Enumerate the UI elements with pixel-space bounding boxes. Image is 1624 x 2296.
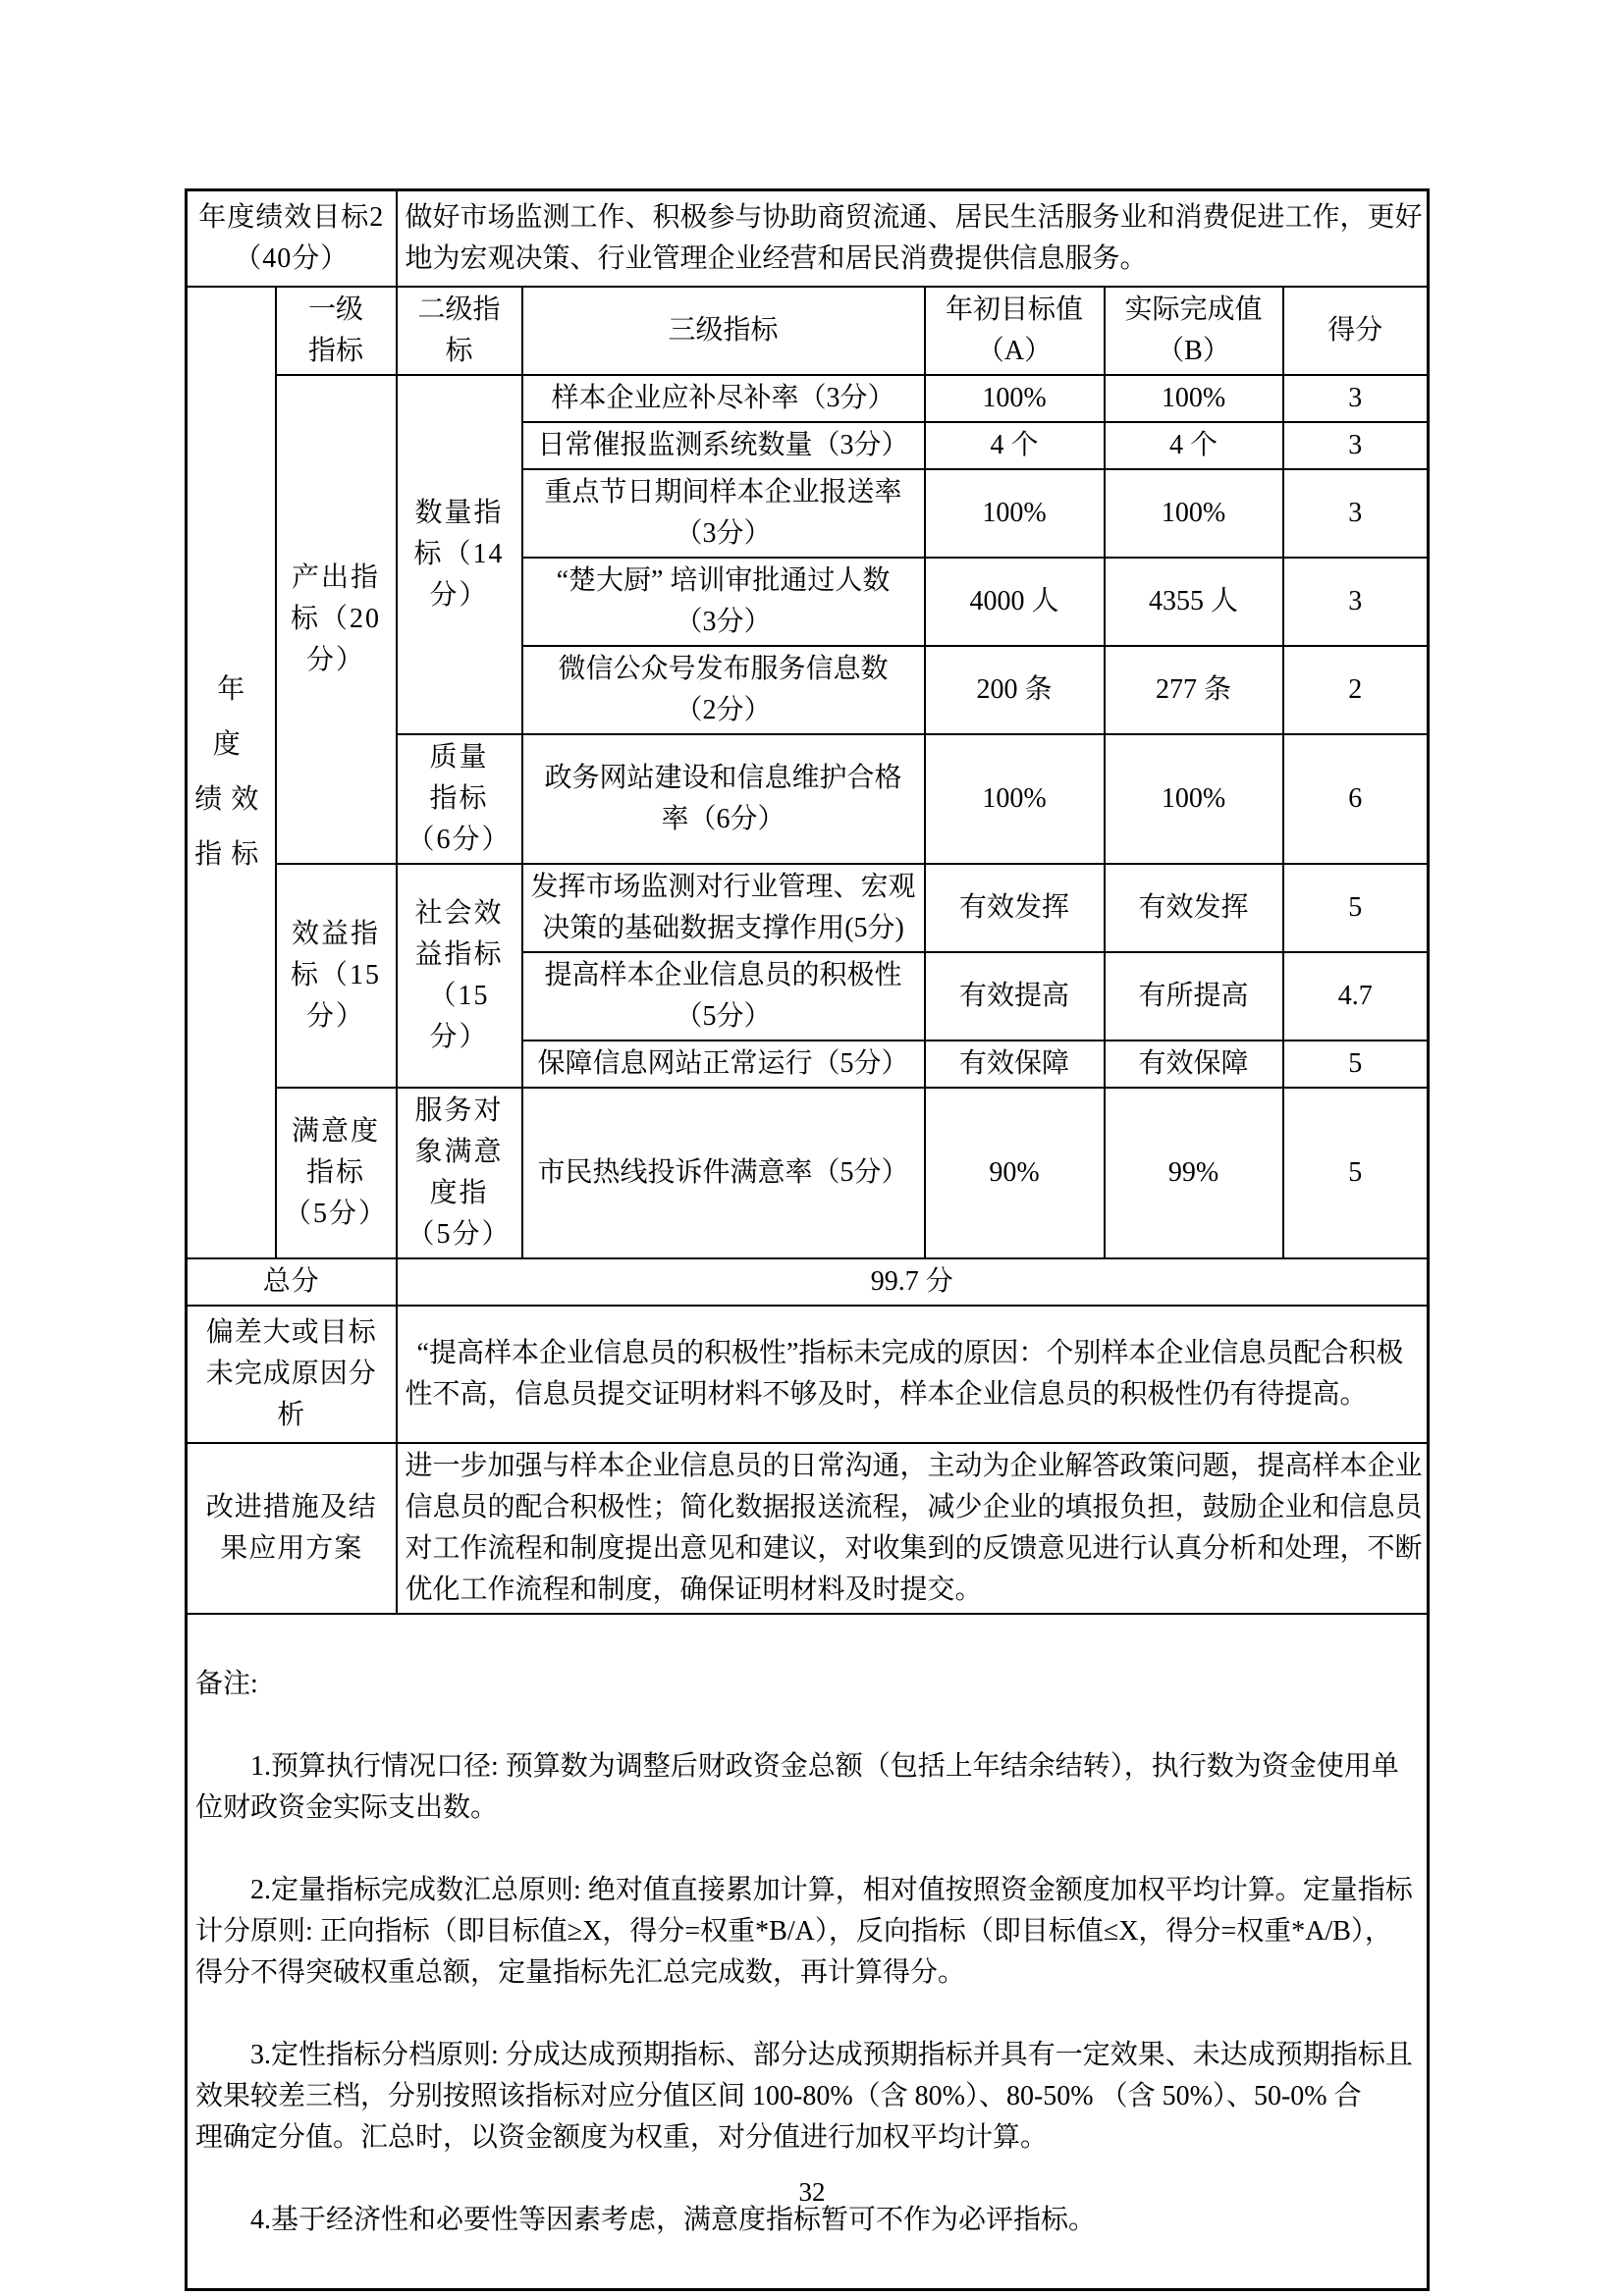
target-cell: 90% [925, 1088, 1105, 1258]
level2-service-satisfaction-cell: 服务对 象满意 度指 （5分） [397, 1088, 522, 1258]
level1-satisfaction-cell: 满意度 指标 （5分） [276, 1088, 397, 1258]
table-row: 效益指 标（15 分） 社会效 益指标 （15 分） 发挥市场监测对行业管理、宏… [187, 864, 1429, 952]
l3-cell: “楚大厨” 培训审批通过人数 （3分） [522, 558, 925, 646]
l3-cell: 提高样本企业信息员的积极性 （5分） [522, 952, 925, 1041]
actual-cell: 100% [1105, 375, 1283, 422]
actual-cell: 有所提高 [1105, 952, 1283, 1041]
goal-label: 年度绩效目标2 （40分） [187, 190, 397, 287]
annual-indicator-group-label: 年度 绩效 指标 [187, 287, 276, 1258]
l3-cell: 发挥市场监测对行业管理、宏观 决策的基础数据支撑作用(5分) [522, 864, 925, 952]
actual-cell: 100% [1105, 734, 1283, 864]
score-cell: 6 [1283, 734, 1429, 864]
score-cell: 4.7 [1283, 952, 1429, 1041]
score-cell: 3 [1283, 422, 1429, 469]
document-page: 年度绩效目标2 （40分） 做好市场监测工作、积极参与协助商贸流通、居民生活服务… [0, 0, 1624, 2296]
level1-benefit-cell: 效益指 标（15 分） [276, 864, 397, 1088]
total-row: 总分 99.7 分 [187, 1258, 1429, 1306]
level2-social-benefit-cell: 社会效 益指标 （15 分） [397, 864, 522, 1088]
actual-cell: 100% [1105, 469, 1283, 558]
table-row: 产出指 标（20 分） 数量指 标（14 分） 样本企业应补尽补率（3分） 10… [187, 375, 1429, 422]
total-value: 99.7 分 [397, 1258, 1429, 1306]
goal-row: 年度绩效目标2 （40分） 做好市场监测工作、积极参与协助商贸流通、居民生活服务… [187, 190, 1429, 287]
score-cell: 5 [1283, 1041, 1429, 1088]
score-cell: 2 [1283, 646, 1429, 734]
target-cell: 有效提高 [925, 952, 1105, 1041]
level1-output-cell: 产出指 标（20 分） [276, 375, 397, 864]
notes-title: 备注: [195, 1664, 1421, 1705]
header-level2: 二级指 标 [397, 287, 522, 375]
deviation-row: 偏差大或目标 未完成原因分 析 “提高样本企业信息员的积极性”指标未完成的原因：… [187, 1306, 1429, 1443]
l3-cell: 样本企业应补尽补率（3分） [522, 375, 925, 422]
improvement-content: 进一步加强与样本企业信息员的日常沟通，主动为企业解答政策问题，提高样本企业 信息… [397, 1443, 1429, 1614]
target-cell: 4 个 [925, 422, 1105, 469]
page-number: 32 [0, 2177, 1624, 2208]
header-level1: 一级 指标 [276, 287, 397, 375]
l3-cell: 市民热线投诉件满意率（5分） [522, 1088, 925, 1258]
total-label: 总分 [187, 1258, 397, 1306]
note-item: 2.定量指标完成数汇总原则: 绝对值直接累加计算，相对值按照资金额度加权平均计算… [195, 1870, 1421, 1994]
score-cell: 5 [1283, 864, 1429, 952]
l3-cell: 重点节日期间样本企业报送率 （3分） [522, 469, 925, 558]
l3-cell: 保障信息网站正常运行（5分） [522, 1041, 925, 1088]
deviation-label: 偏差大或目标 未完成原因分 析 [187, 1306, 397, 1443]
l3-cell: 政务网站建设和信息维护合格 率（6分） [522, 734, 925, 864]
improvement-label: 改进措施及结 果应用方案 [187, 1443, 397, 1614]
actual-cell: 4355 人 [1105, 558, 1283, 646]
note-item: 1.预算执行情况口径: 预算数为调整后财政资金总额（包括上年结余结转），执行数为… [195, 1746, 1421, 1829]
l3-cell: 微信公众号发布服务信息数 （2分） [522, 646, 925, 734]
actual-cell: 99% [1105, 1088, 1283, 1258]
actual-cell: 有效保障 [1105, 1041, 1283, 1088]
actual-cell: 有效发挥 [1105, 864, 1283, 952]
improvement-row: 改进措施及结 果应用方案 进一步加强与样本企业信息员的日常沟通，主动为企业解答政… [187, 1443, 1429, 1614]
header-actual-value: 实际完成值 （B） [1105, 287, 1283, 375]
header-level3: 三级指标 [522, 287, 925, 375]
target-cell: 4000 人 [925, 558, 1105, 646]
actual-cell: 4 个 [1105, 422, 1283, 469]
score-cell: 3 [1283, 558, 1429, 646]
level2-quantity-cell: 数量指 标（14 分） [397, 375, 522, 734]
table-header-row: 年度 绩效 指标 一级 指标 二级指 标 三级指标 年初目标值 （A） 实际完成… [187, 287, 1429, 375]
table-row: 满意度 指标 （5分） 服务对 象满意 度指 （5分） 市民热线投诉件满意率（5… [187, 1088, 1429, 1258]
goal-description: 做好市场监测工作、积极参与协助商贸流通、居民生活服务业和消费促进工作，更好 地为… [397, 190, 1429, 287]
target-cell: 100% [925, 375, 1105, 422]
header-target-value: 年初目标值 （A） [925, 287, 1105, 375]
target-cell: 有效保障 [925, 1041, 1105, 1088]
performance-evaluation-table: 年度绩效目标2 （40分） 做好市场监测工作、积极参与协助商贸流通、居民生活服务… [185, 188, 1430, 2291]
score-cell: 3 [1283, 469, 1429, 558]
target-cell: 100% [925, 734, 1105, 864]
score-cell: 3 [1283, 375, 1429, 422]
actual-cell: 277 条 [1105, 646, 1283, 734]
target-cell: 200 条 [925, 646, 1105, 734]
target-cell: 100% [925, 469, 1105, 558]
note-item: 3.定性指标分档原则: 分成达成预期指标、部分达成预期指标并具有一定效果、未达成… [195, 2035, 1421, 2159]
target-cell: 有效发挥 [925, 864, 1105, 952]
header-score: 得分 [1283, 287, 1429, 375]
deviation-content: “提高样本企业信息员的积极性”指标未完成的原因：个别样本企业信息员配合积极 性不… [397, 1306, 1429, 1443]
score-cell: 5 [1283, 1088, 1429, 1258]
level2-quality-cell: 质量 指标 （6分） [397, 734, 522, 864]
l3-cell: 日常催报监测系统数量（3分） [522, 422, 925, 469]
